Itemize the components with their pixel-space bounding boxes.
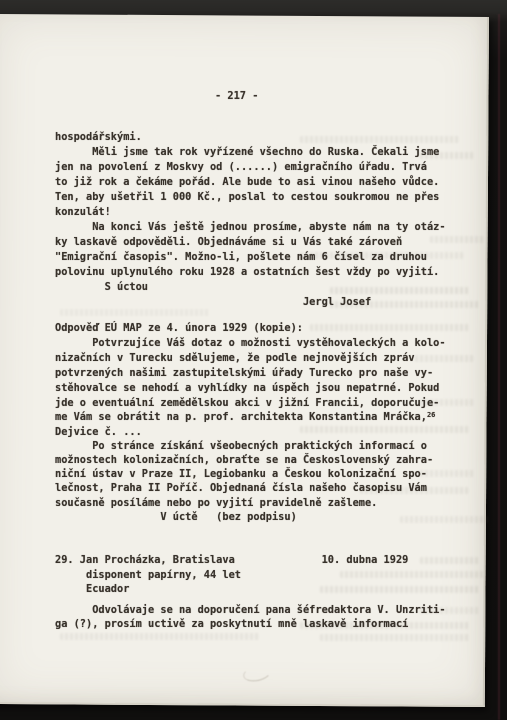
signature-name: Jergl Josef bbox=[55, 296, 371, 308]
text-line: Ten, aby ušetřil 1 000 Kč., poslal to ce… bbox=[55, 191, 439, 203]
text-line: hospodářskými. bbox=[55, 131, 142, 143]
text-line: polovinu uplynulého roku 1928 a ostatníc… bbox=[55, 266, 439, 278]
text-line: jen na povolení z Moskvy od (......) emi… bbox=[55, 161, 427, 173]
page-text: - 217 - hospodářskými. Měli jsme tak rok… bbox=[0, 0, 507, 720]
text-line: Potvrzujíce Váš dotaz o možnosti vystěho… bbox=[55, 337, 446, 349]
text-line: konzulát! bbox=[55, 206, 111, 218]
footnote-marker: 26 bbox=[427, 411, 435, 419]
text-line: potvrzených našimi zastupitelskými úřady… bbox=[55, 367, 433, 379]
page-number: - 217 - bbox=[215, 90, 258, 102]
text-line: Na konci Vás ještě jednou prosíme, abyst… bbox=[55, 221, 446, 233]
text-line: současně posíláme nebo po vyjití pravide… bbox=[55, 497, 377, 509]
entry-detail-line: Ecuador bbox=[55, 583, 129, 595]
text-line: Měli jsme tak rok vyřízené všechno do Ru… bbox=[55, 146, 439, 158]
text-line: ky laskavě odpověděli. Objednáváme si u … bbox=[55, 236, 402, 248]
text-line: nizačních v Turecku sdělujeme, že podle … bbox=[55, 352, 415, 364]
entry-detail-line: disponent papírny, 44 let bbox=[55, 569, 241, 581]
text-line-main: me Vám se obrátit na p. prof. architekta… bbox=[55, 411, 427, 423]
text-line: možnostech kolonizačních, obraťte se na … bbox=[55, 454, 433, 466]
text-line: me Vám se obrátit na p. prof. architekta… bbox=[55, 411, 435, 423]
text-line: stěhovalce se nehodí a vyhlídky na úspěc… bbox=[55, 382, 439, 394]
closing-salutation: S úctou bbox=[55, 281, 148, 293]
text-line: niční ústav v Praze II, Legiobanku a Čes… bbox=[55, 468, 427, 480]
text-line: ga (?), prosím uctivě za poskytnutí mně … bbox=[55, 618, 408, 630]
reply-heading: Odpověď EÚ MAP ze 4. února 1929 (kopie): bbox=[55, 322, 303, 334]
closing-salutation: V úctě (bez podpisu) bbox=[55, 511, 297, 523]
text-line: jde o eventuální zemědělskou akci v jižn… bbox=[55, 397, 439, 409]
text-line: to již rok a čekáme pořád. Ale bude to a… bbox=[55, 176, 439, 188]
text-line: Odvolávaje se na doporučení pana šéfreda… bbox=[55, 604, 446, 616]
text-line: Po stránce získání všeobecných praktický… bbox=[55, 440, 427, 452]
text-line: lečnost, Praha II Poříč. Objednaná čísla… bbox=[55, 482, 427, 494]
text-line: Dejvice č. ... bbox=[55, 426, 142, 438]
text-line: "Emigrační časopis". Možno-li, pošlete n… bbox=[55, 251, 427, 263]
entry-header-line: 29. Jan Procházka, Bratislava 10. dubna … bbox=[55, 554, 408, 566]
